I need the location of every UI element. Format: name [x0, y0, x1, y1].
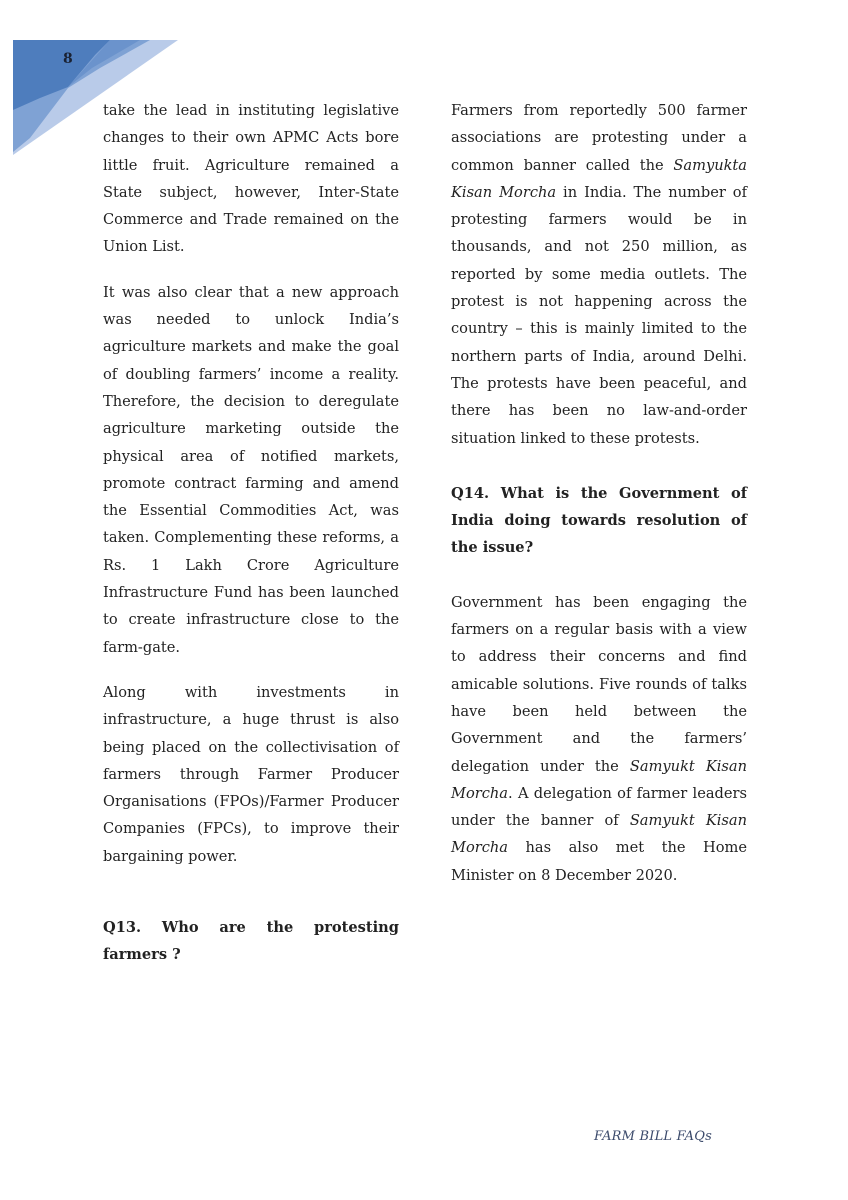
left-paragraph-1: take the lead in instituting legislative…: [103, 97, 399, 261]
right-paragraph-1: Farmers from reportedly 500 farmer assoc…: [451, 97, 747, 452]
right-column: Farmers from reportedly 500 farmer assoc…: [451, 97, 747, 889]
question-13-heading: Q13. Who are the protesting farmers ?: [103, 914, 399, 969]
text-segment: Government has been engaging the farmers…: [451, 594, 747, 775]
question-14-heading: Q14. What is the Government of India doi…: [451, 480, 747, 562]
text-segment: in India. The number of protesting farme…: [451, 184, 747, 447]
left-paragraph-2: It was also clear that a new approach wa…: [103, 279, 399, 661]
footer-title: FARM BILL FAQs: [594, 1129, 712, 1144]
page-number: 8: [63, 51, 73, 67]
left-paragraph-3: Along with investments in infrastructure…: [103, 679, 399, 870]
left-column: take the lead in instituting legislative…: [103, 97, 399, 969]
right-paragraph-2: Government has been engaging the farmers…: [451, 589, 747, 889]
